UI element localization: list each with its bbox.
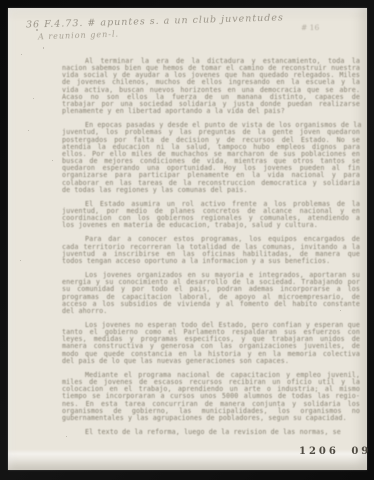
text-line: El texto de la reforma, luego de la revi…	[62, 429, 360, 436]
scan-speckle	[20, 260, 21, 261]
text-line: plenamente y en libertad aportando a la …	[62, 108, 360, 115]
scan-speckle	[21, 54, 22, 55]
scanned-document: 36 F.4.73. # apuntes s. a un club juvent…	[0, 0, 374, 480]
text-line: del pais de lo que las nuevas generacion…	[62, 358, 360, 365]
paragraph: El Estado asumira un rol activo frente a…	[62, 201, 360, 230]
paragraph: Los jovenes no esperan todo del Estado, …	[62, 322, 360, 365]
handwritten-annotation-line1: 36 F.4.73. # apuntes s. a un club juvent…	[26, 12, 284, 30]
document-page: 36 F.4.73. # apuntes s. a un club juvent…	[8, 8, 367, 470]
paragraph: Para dar a conocer estos programas, los …	[62, 236, 360, 265]
text-line: del ahorro.	[62, 308, 360, 315]
scan-speckle	[36, 29, 38, 31]
paragraph: En epocas pasadas y desde el punto de vi…	[62, 122, 360, 194]
text-line: gubernamentales y las agrupaciones de po…	[62, 415, 360, 422]
scan-speckle	[43, 47, 44, 49]
typewritten-body: Al terminar la era de la dictadura y est…	[62, 58, 360, 443]
handwritten-annotation-line2: A reunion gen-l.	[38, 30, 119, 42]
text-line: los jovenes en materia de educacion, tra…	[62, 222, 360, 229]
paragraph: El texto de la reforma, luego de la revi…	[62, 429, 360, 436]
text-line: todos tengan acceso oportuno a la inform…	[62, 258, 360, 265]
paragraph: Los jovenes organizados en su mayoria e …	[62, 272, 360, 315]
scan-speckle	[28, 130, 29, 131]
page-number-mark: # 16	[301, 23, 319, 32]
text-line: de todas las regiones y las comunas del …	[62, 187, 360, 194]
scan-speckle	[66, 436, 67, 437]
scan-speckle	[52, 160, 53, 161]
paragraph: Mediante el programa nacional de capacit…	[62, 372, 360, 422]
document-number-stamp: 1206 09	[299, 446, 371, 457]
scan-speckle	[33, 98, 34, 99]
paragraph: Al terminar la era de la dictadura y est…	[62, 58, 360, 115]
scan-speckle	[340, 310, 341, 311]
